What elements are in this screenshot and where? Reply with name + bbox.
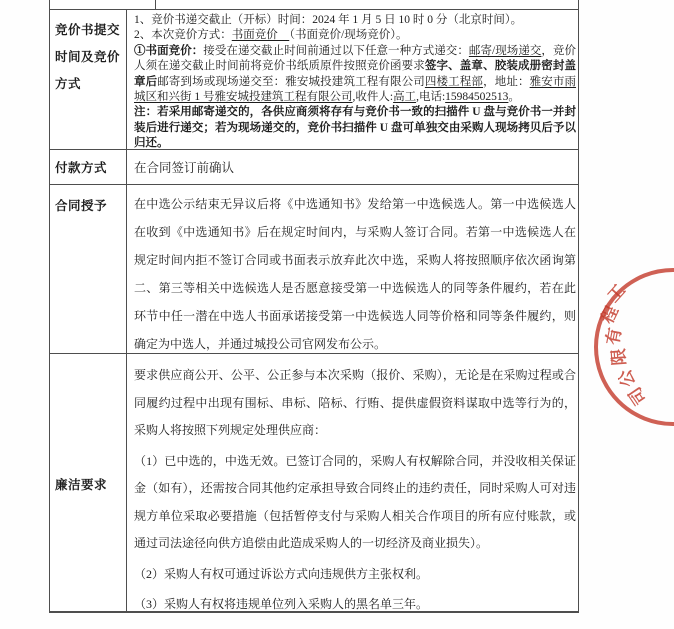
content-paragraph: （3）采购人有权将违规单位列入采购人的黑名单三年。: [134, 591, 576, 613]
text-segment: 注：若采用邮寄递交的，各供应商须将存有与竞价书一致的扫描件 U 盘与竞价书一并封…: [134, 106, 576, 149]
text-segment: （3）采购人有权将违规单位列入采购人的黑名单三年。: [134, 597, 428, 611]
text-segment: （2）采购人有权可通过诉讼方式向违规供方主张权利。: [134, 567, 428, 581]
row-label-payment-method: 付款方式: [50, 150, 127, 184]
content-paragraph: 2、本次竞价方式：书面竞价 （书面竞价/现场竞价）。: [134, 28, 576, 43]
text-segment: ，地址：: [483, 76, 530, 88]
text-segment: 2、本次竞价方式：: [134, 29, 232, 41]
content-paragraph: 注：若采用邮寄递交的，各供应商须将存有与竞价书一致的扫描件 U 盘与竞价书一并封…: [134, 105, 576, 150]
text-segment: ,收件人:: [353, 91, 394, 103]
text-segment: 接受在递交截止时间前通过以下任意一种方式递交：: [203, 45, 469, 57]
text-segment: 在合同签订前确认: [134, 161, 234, 175]
table-row-integrity-requirements: 廉洁要求要求供应商公开、公平、公正参与本次采购（报价、采购），无论是在采购过程或…: [50, 354, 578, 613]
text-segment: ,电话:: [416, 91, 445, 103]
seal-character: 程: [593, 301, 623, 327]
row-content-bid-submission: 1、竞价书递交截止（开标）时间：2024 年 1 月 5 日 10 时 0 分（…: [127, 10, 578, 149]
text-segment: 书面竞价: [232, 29, 290, 41]
content-paragraph: ①书面竞价：接受在递交截止时间前通过以下任意一种方式递交：邮寄/现场递交，竞价人…: [134, 44, 576, 106]
row-content-payment-method: 在合同签订前确认: [127, 150, 578, 184]
text-segment: 邮寄到场或现场递交至：雅安城投建筑工程有限公司: [157, 76, 425, 88]
row-content-integrity-requirements: 要求供应商公开、公平、公正参与本次采购（报价、采购），无论是在采购过程或合同履约…: [127, 354, 578, 613]
text-segment: 邮寄/现场递交: [469, 45, 542, 57]
text-segment: 1、竞价书递交截止（开标）时间：2024 年 1 月 5 日 10 时 0 分（…: [134, 14, 522, 26]
table-row-contract-award: 合同授予在中选公示结束无异议后将《中选通知书》发给第一中选候选人。第一中选候选人…: [50, 185, 578, 354]
content-paragraph: 在合同签订前确认: [134, 158, 234, 176]
scanned-document-page: 竞价书提交时间及竞价方式1、竞价书递交截止（开标）时间：2024 年 1 月 5…: [0, 0, 674, 629]
text-segment: 15984502513: [445, 91, 508, 103]
row-label-contract-award: 合同授予: [50, 185, 127, 353]
text-segment: 。: [508, 91, 520, 103]
content-paragraph: 在中选公示结束无异议后将《中选通知书》发给第一中选候选人。第一中选候选人在收到《…: [134, 190, 576, 354]
row-label-line: 合同授予: [55, 196, 126, 214]
text-segment: 要求供应商公开、公平、公正参与本次采购（报价、采购），无论是在采购过程或合同履约…: [134, 368, 576, 437]
previous-row-sliver: [50, 0, 578, 10]
row-label-integrity-requirements: 廉洁要求: [50, 354, 127, 613]
text-segment: 高工: [393, 91, 416, 103]
row-label-line: 方式: [55, 71, 126, 98]
table-row-payment-method: 付款方式在合同签订前确认: [50, 150, 578, 185]
seal-character: 限: [604, 348, 630, 367]
text-segment: 在中选公示结束无异议后将《中选通知书》发给第一中选候选人。第一中选候选人在收到《…: [134, 197, 576, 351]
row-content-contract-award: 在中选公示结束无异议后将《中选通知书》发给第一中选候选人。第一中选候选人在收到《…: [127, 185, 578, 353]
seal-character: 司: [621, 383, 651, 411]
document-table: 竞价书提交时间及竞价方式1、竞价书递交截止（开标）时间：2024 年 1 月 5…: [49, 0, 579, 613]
row-label-line: 竞价书提交: [55, 17, 126, 44]
row-label-line: 廉洁要求: [55, 475, 107, 493]
content-paragraph: 要求供应商公开、公平、公正参与本次采购（报价、采购），无论是在采购过程或合同履约…: [134, 362, 576, 445]
text-segment: （1）已中选的，中选无效。已签订合同的，采购人有权解除合同，并没收相关保证金（如…: [134, 454, 576, 551]
text-segment: 四楼工程部: [425, 76, 483, 88]
red-seal-ring: [594, 268, 674, 426]
row-label-line: 付款方式: [55, 158, 107, 176]
previous-row-divider: [155, 0, 156, 10]
seal-character: 有: [598, 325, 626, 346]
row-label-bid-submission: 竞价书提交时间及竞价方式: [50, 10, 127, 149]
content-paragraph: 1、竞价书递交截止（开标）时间：2024 年 1 月 5 日 10 时 0 分（…: [134, 13, 576, 28]
text-segment: （书面竞价/现场竞价）。: [289, 29, 407, 41]
table-row-bid-submission: 竞价书提交时间及竞价方式1、竞价书递交截止（开标）时间：2024 年 1 月 5…: [50, 10, 578, 150]
row-label-line: 时间及竞价: [55, 44, 126, 71]
seal-character: 工: [600, 277, 630, 306]
seal-character: 公: [610, 367, 639, 392]
text-segment: ①书面竞价：: [134, 45, 203, 57]
content-paragraph: （1）已中选的，中选无效。已签订合同的，采购人有权解除合同，并没收相关保证金（如…: [134, 448, 576, 558]
content-paragraph: （2）采购人有权可通过诉讼方式向违规供方主张权利。: [134, 561, 576, 589]
